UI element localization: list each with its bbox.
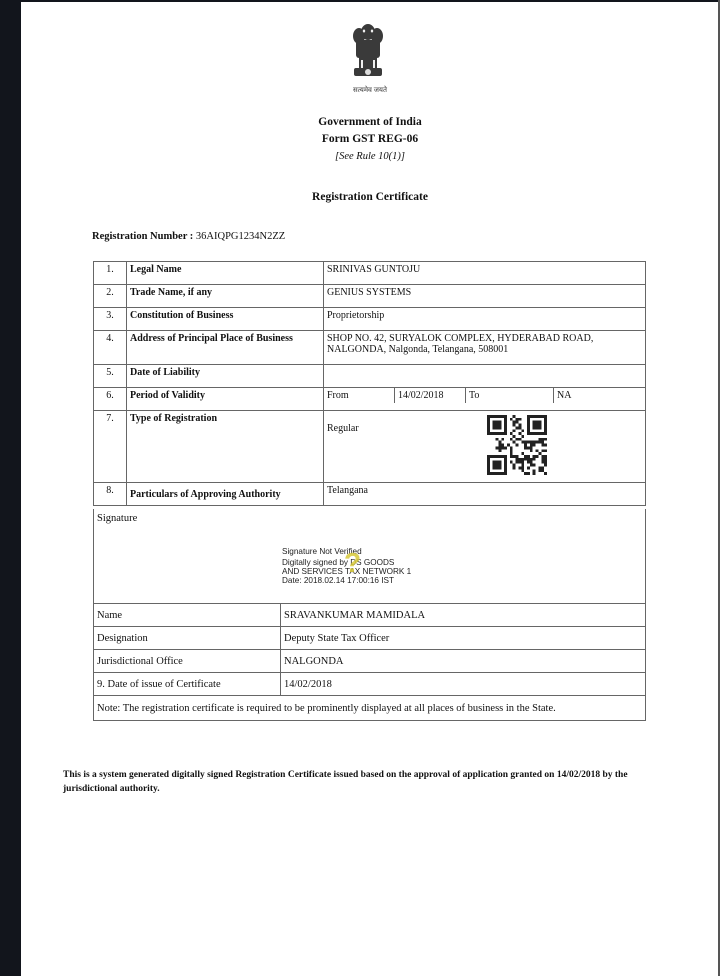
qr-code-icon — [487, 415, 547, 475]
signature-block: Signature Signature Not Verified Digital… — [93, 509, 646, 604]
form-heading: Form GST REG-06 — [200, 133, 540, 145]
table-row: 4. Address of Principal Place of Busines… — [94, 331, 646, 365]
row-label: Address of Principal Place of Business — [127, 331, 324, 365]
registration-number: Registration Number : 36AIQPG1234N2ZZ — [92, 231, 285, 242]
row-value: Telangana — [324, 483, 646, 506]
to-label: To — [466, 388, 554, 403]
row-number: 6. — [94, 388, 127, 411]
table-row: 5. Date of Liability — [94, 365, 646, 388]
row-label: Constitution of Business — [127, 308, 324, 331]
row-label: Date of Liability — [127, 365, 324, 388]
registration-number-value: 36AIQPG1234N2ZZ — [196, 231, 285, 242]
row-number: 8. — [94, 483, 127, 506]
table-row: 1. Legal Name SRINIVAS GUNTOJU — [94, 262, 646, 285]
row-label: Period of Validity — [127, 388, 324, 411]
row-label: Legal Name — [127, 262, 324, 285]
table-row: 9. Date of issue of Certificate 14/02/20… — [94, 673, 646, 696]
table-row: 6. Period of Validity From 14/02/2018 To… — [94, 388, 646, 411]
certificate-title: Registration Certificate — [200, 191, 540, 203]
table-row: Designation Deputy State Tax Officer — [94, 627, 646, 650]
rule-reference: [See Rule 10(1)] — [200, 151, 540, 162]
validity-split: From 14/02/2018 To NA — [324, 388, 645, 403]
national-emblem-icon — [347, 22, 389, 90]
emblem-motto: सत्यमेव जयते — [300, 86, 440, 95]
from-label: From — [324, 388, 395, 403]
signature-label: Signature — [97, 513, 137, 524]
registration-type-cell: Regular — [324, 411, 646, 483]
row-number: 5. — [94, 365, 127, 388]
row-label: Particulars of Approving Authority — [127, 483, 324, 506]
officer-label: Jurisdictional Office — [94, 650, 281, 673]
row-number: 2. — [94, 285, 127, 308]
officer-label: Name — [94, 604, 281, 627]
table-row: Note: The registration certificate is re… — [94, 696, 646, 721]
registration-number-label: Registration Number : — [92, 231, 193, 242]
government-heading: Government of India — [200, 116, 540, 128]
table-row: 7. Type of Registration Regular — [94, 411, 646, 483]
table-row: 8. Particulars of Approving Authority Te… — [94, 483, 646, 506]
question-mark-icon: ? — [344, 549, 361, 577]
officer-value: 14/02/2018 — [281, 673, 646, 696]
table-row: 3. Constitution of Business Proprietorsh… — [94, 308, 646, 331]
row-label: Type of Registration — [127, 411, 324, 483]
table-row: 2. Trade Name, if any GENIUS SYSTEMS — [94, 285, 646, 308]
row-value: GENIUS SYSTEMS — [324, 285, 646, 308]
row-number: 4. — [94, 331, 127, 365]
table-row: Name SRAVANKUMAR MAMIDALA — [94, 604, 646, 627]
display-note: Note: The registration certificate is re… — [94, 696, 646, 721]
row-value — [324, 365, 646, 388]
row-number: 1. — [94, 262, 127, 285]
row-label: Trade Name, if any — [127, 285, 324, 308]
officer-table: Name SRAVANKUMAR MAMIDALA Designation De… — [93, 603, 646, 721]
from-value: 14/02/2018 — [395, 388, 466, 403]
row-number: 7. — [94, 411, 127, 483]
row-value: SRINIVAS GUNTOJU — [324, 262, 646, 285]
officer-value: SRAVANKUMAR MAMIDALA — [281, 604, 646, 627]
row-value: Regular — [327, 423, 642, 434]
to-value: NA — [554, 388, 645, 403]
footer-statement: This is a system generated digitally sig… — [63, 768, 683, 796]
table-row: Jurisdictional Office NALGONDA — [94, 650, 646, 673]
row-value: SHOP NO. 42, SURYALOK COMPLEX, HYDERABAD… — [324, 331, 646, 365]
officer-value: Deputy State Tax Officer — [281, 627, 646, 650]
officer-label: Designation — [94, 627, 281, 650]
officer-label: 9. Date of issue of Certificate — [94, 673, 281, 696]
registration-details-table: 1. Legal Name SRINIVAS GUNTOJU 2. Trade … — [93, 261, 646, 506]
row-number: 3. — [94, 308, 127, 331]
officer-value: NALGONDA — [281, 650, 646, 673]
validity-cell: From 14/02/2018 To NA — [324, 388, 646, 411]
row-value: Proprietorship — [324, 308, 646, 331]
